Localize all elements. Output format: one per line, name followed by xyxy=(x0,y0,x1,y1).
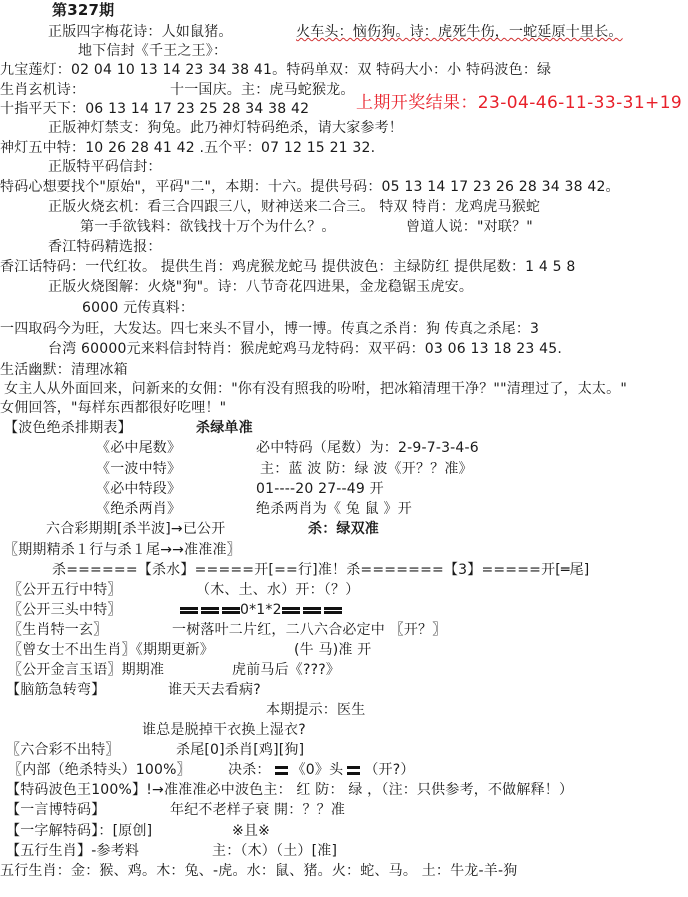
bars-right-icon xyxy=(282,607,342,614)
taiwan-envelope: 台湾 60000元来料信封特肖：猴虎蛇鸡马龙特码：双平码：03 06 13 18… xyxy=(48,339,562,359)
internal-kill-value: 决杀：《0》头（开?） xyxy=(228,760,415,780)
riddle-label: 【脑筋急转弯】 xyxy=(6,680,105,700)
one-char-value: ※且※ xyxy=(232,821,270,841)
humor-text-2: 女佣回答，"每样东西都很好吃哩！" xyxy=(0,398,226,418)
nine-lotus-lamp: 九宝莲灯：02 04 10 13 14 23 34 38 41。特码单双：双 特… xyxy=(0,60,551,80)
humor-text-1: 女主人从外面回来，问新来的女佣："你有没有照我的吩咐，把冰箱清理干净？""清理过… xyxy=(4,379,627,399)
five-elements-label: 〖公开五行中特〗 xyxy=(8,580,122,600)
five-element-zodiac-list: 五行生肖：金：猴、鸡。木：兔、-虎。水：鼠、猪。火：蛇、马。 土：牛龙-羊-狗 xyxy=(0,861,517,881)
ms-tsang-value: (牛 马)准 开 xyxy=(294,640,371,660)
fax-material-title: 6000 元传真料： xyxy=(82,298,194,318)
issue-title: 第327期 xyxy=(52,0,114,20)
hk-special: 香江话特码：一代红妆。 提供生肖：鸡虎猴龙蛇马 提供波色：主绿防红 提供尾数：1… xyxy=(0,257,576,277)
fire-diagram: 正版火烧图解：火烧"狗"。诗：八节奇花四进果，金龙稳锯玉虎安。 xyxy=(48,277,473,297)
bar-icon xyxy=(347,766,360,769)
bar-icon xyxy=(275,766,288,769)
must-tail-value: 必中特码（尾数）为：2-9-7-3-4-6 xyxy=(256,438,479,458)
humor-title: 生活幽默：清理冰箱 xyxy=(0,360,128,380)
plum-poem: 正版四字梅花诗：人如鼠猪。 xyxy=(48,22,233,42)
one-wave-label: 《一波中特》 xyxy=(96,459,181,479)
kill-green-double: 杀：绿双准 xyxy=(308,519,379,539)
must-segment-value: 01----20 27--49 开 xyxy=(256,479,384,499)
five-element-zodiac-label: 【五行生肖】-参考料 xyxy=(6,841,139,861)
kill-two-zodiac-label: 《绝杀两肖》 xyxy=(96,499,181,519)
head-zero: 《0》头 xyxy=(292,762,344,778)
zodiac-mystery-value: 一树落叶二片红，二八六合必定中 〖开？〗 xyxy=(172,620,446,640)
special-envelope: 正版特平码信封： xyxy=(48,157,162,177)
zodiac-poem: 十一国庆。主：虎马蛇猴龙。 xyxy=(170,80,355,100)
one-char-label: 【一字解特码】：[原创] xyxy=(6,821,152,841)
riddle-question-1: 谁天天去看病? xyxy=(168,680,261,700)
three-heads-digits: 0*1*2 xyxy=(240,602,282,618)
special-code-wish: 特码心想要找个"原始"，平码"二"，本期：十六。提供号码：05 13 14 17… xyxy=(0,177,620,197)
kill-half-wave: 六合彩期期[杀半波]→已公开 xyxy=(46,519,225,539)
internal-kill-label: 〖内部（绝杀特头）100%〗 xyxy=(8,760,191,780)
lamp-five-special: 神灯五中特：10 26 28 41 42 .五个平：07 12 15 21 32… xyxy=(0,138,375,158)
three-heads-value: 0*1*2 xyxy=(180,600,342,620)
one-word-label: 【一言博特码】 xyxy=(6,800,105,820)
hk-selection-title: 香江特码精选报： xyxy=(48,237,162,257)
zodiac-poem-label: 生肖玄机诗： xyxy=(0,80,85,100)
riddle-question-2: 谁总是脱掉干衣换上湿衣? xyxy=(142,720,306,740)
must-tail-label: 《必中尾数》 xyxy=(96,438,181,458)
decisive-kill-label: 决杀： xyxy=(228,762,271,778)
kill-two-zodiac-value: 绝杀两肖为《 兔 鼠 》开 xyxy=(256,499,412,519)
one-word-value: 年纪不老样子衰 開：？？准 xyxy=(170,800,345,820)
kill-water-tail: 杀======【杀水】=====开[==行]准！杀=======【3】=====… xyxy=(52,560,589,580)
golden-words-label: 〖公开金言玉语〗期期准 xyxy=(8,660,164,680)
wave-king: 【特码波色王100%】!→准准准必中波色主： 红 防： 绿 ，（注：只供参考，不… xyxy=(6,780,573,800)
no-special-value: 杀尾[0]杀肖[鸡][狗] xyxy=(176,740,304,760)
zodiac-mystery-label: 〖生肖特一玄〗 xyxy=(8,620,107,640)
wave-kill-table-title: 【波色绝杀排期表】 xyxy=(4,418,132,438)
five-element-zodiac-value: 主：（木）（土）[准] xyxy=(212,841,337,861)
riddle-hint: 本期提示：医生 xyxy=(266,700,365,720)
open-question: （开?） xyxy=(364,762,414,778)
five-elements-value: （木、土、水）开：（？） xyxy=(196,580,359,600)
one-wave-value: 主：蓝 波 防：绿 波《开？？准》 xyxy=(260,459,473,479)
ten-fingers: 十指平天下：06 13 14 17 23 25 28 34 38 42 xyxy=(0,99,309,119)
bars-left-icon xyxy=(180,607,240,614)
lamp-forbidden: 正版神灯禁支：狗兔。此乃神灯特码绝杀，请大家参考！ xyxy=(48,118,403,138)
must-segment-label: 《必中特段》 xyxy=(96,479,181,499)
fax-material: 一四取码今为旺，大发达。四七来头不冒小，博一博。传真之杀肖：狗 传真之杀尾：3 xyxy=(0,319,539,339)
golden-words-value: 虎前马后《???》 xyxy=(232,660,340,680)
first-hand-material: 第一手欲钱料：欲钱找十万个为什么？。 xyxy=(80,217,336,237)
taoist-couplet: 曾道人说："对联？" xyxy=(406,217,533,237)
train-head-poem: 火车头：恼伤狗。诗：虎死牛伤，一蛇延原十里长。 xyxy=(296,22,623,42)
ms-tsang-label: 〖曾女士不出生肖〗《期期更新》 xyxy=(8,640,214,660)
kill-green-single: 杀绿单准 xyxy=(196,418,253,438)
last-draw-result: 上期开奖结果：23-04-46-11-33-31+19 xyxy=(356,93,682,113)
three-heads-label: 〖公开三头中特〗 xyxy=(8,600,122,620)
kill-row-tail-title: 〖期期精杀１行与杀１尾→→准准准〗 xyxy=(4,540,241,560)
underground-envelope: 地下信封《千王之王》： xyxy=(78,41,227,61)
fire-mystery: 正版火烧玄机：看三合四跟三八，财神送来二合三。 特双 特肖：龙鸡虎马猴蛇 xyxy=(48,197,540,217)
no-special-label: 〖六合彩不出特〗 xyxy=(6,740,120,760)
